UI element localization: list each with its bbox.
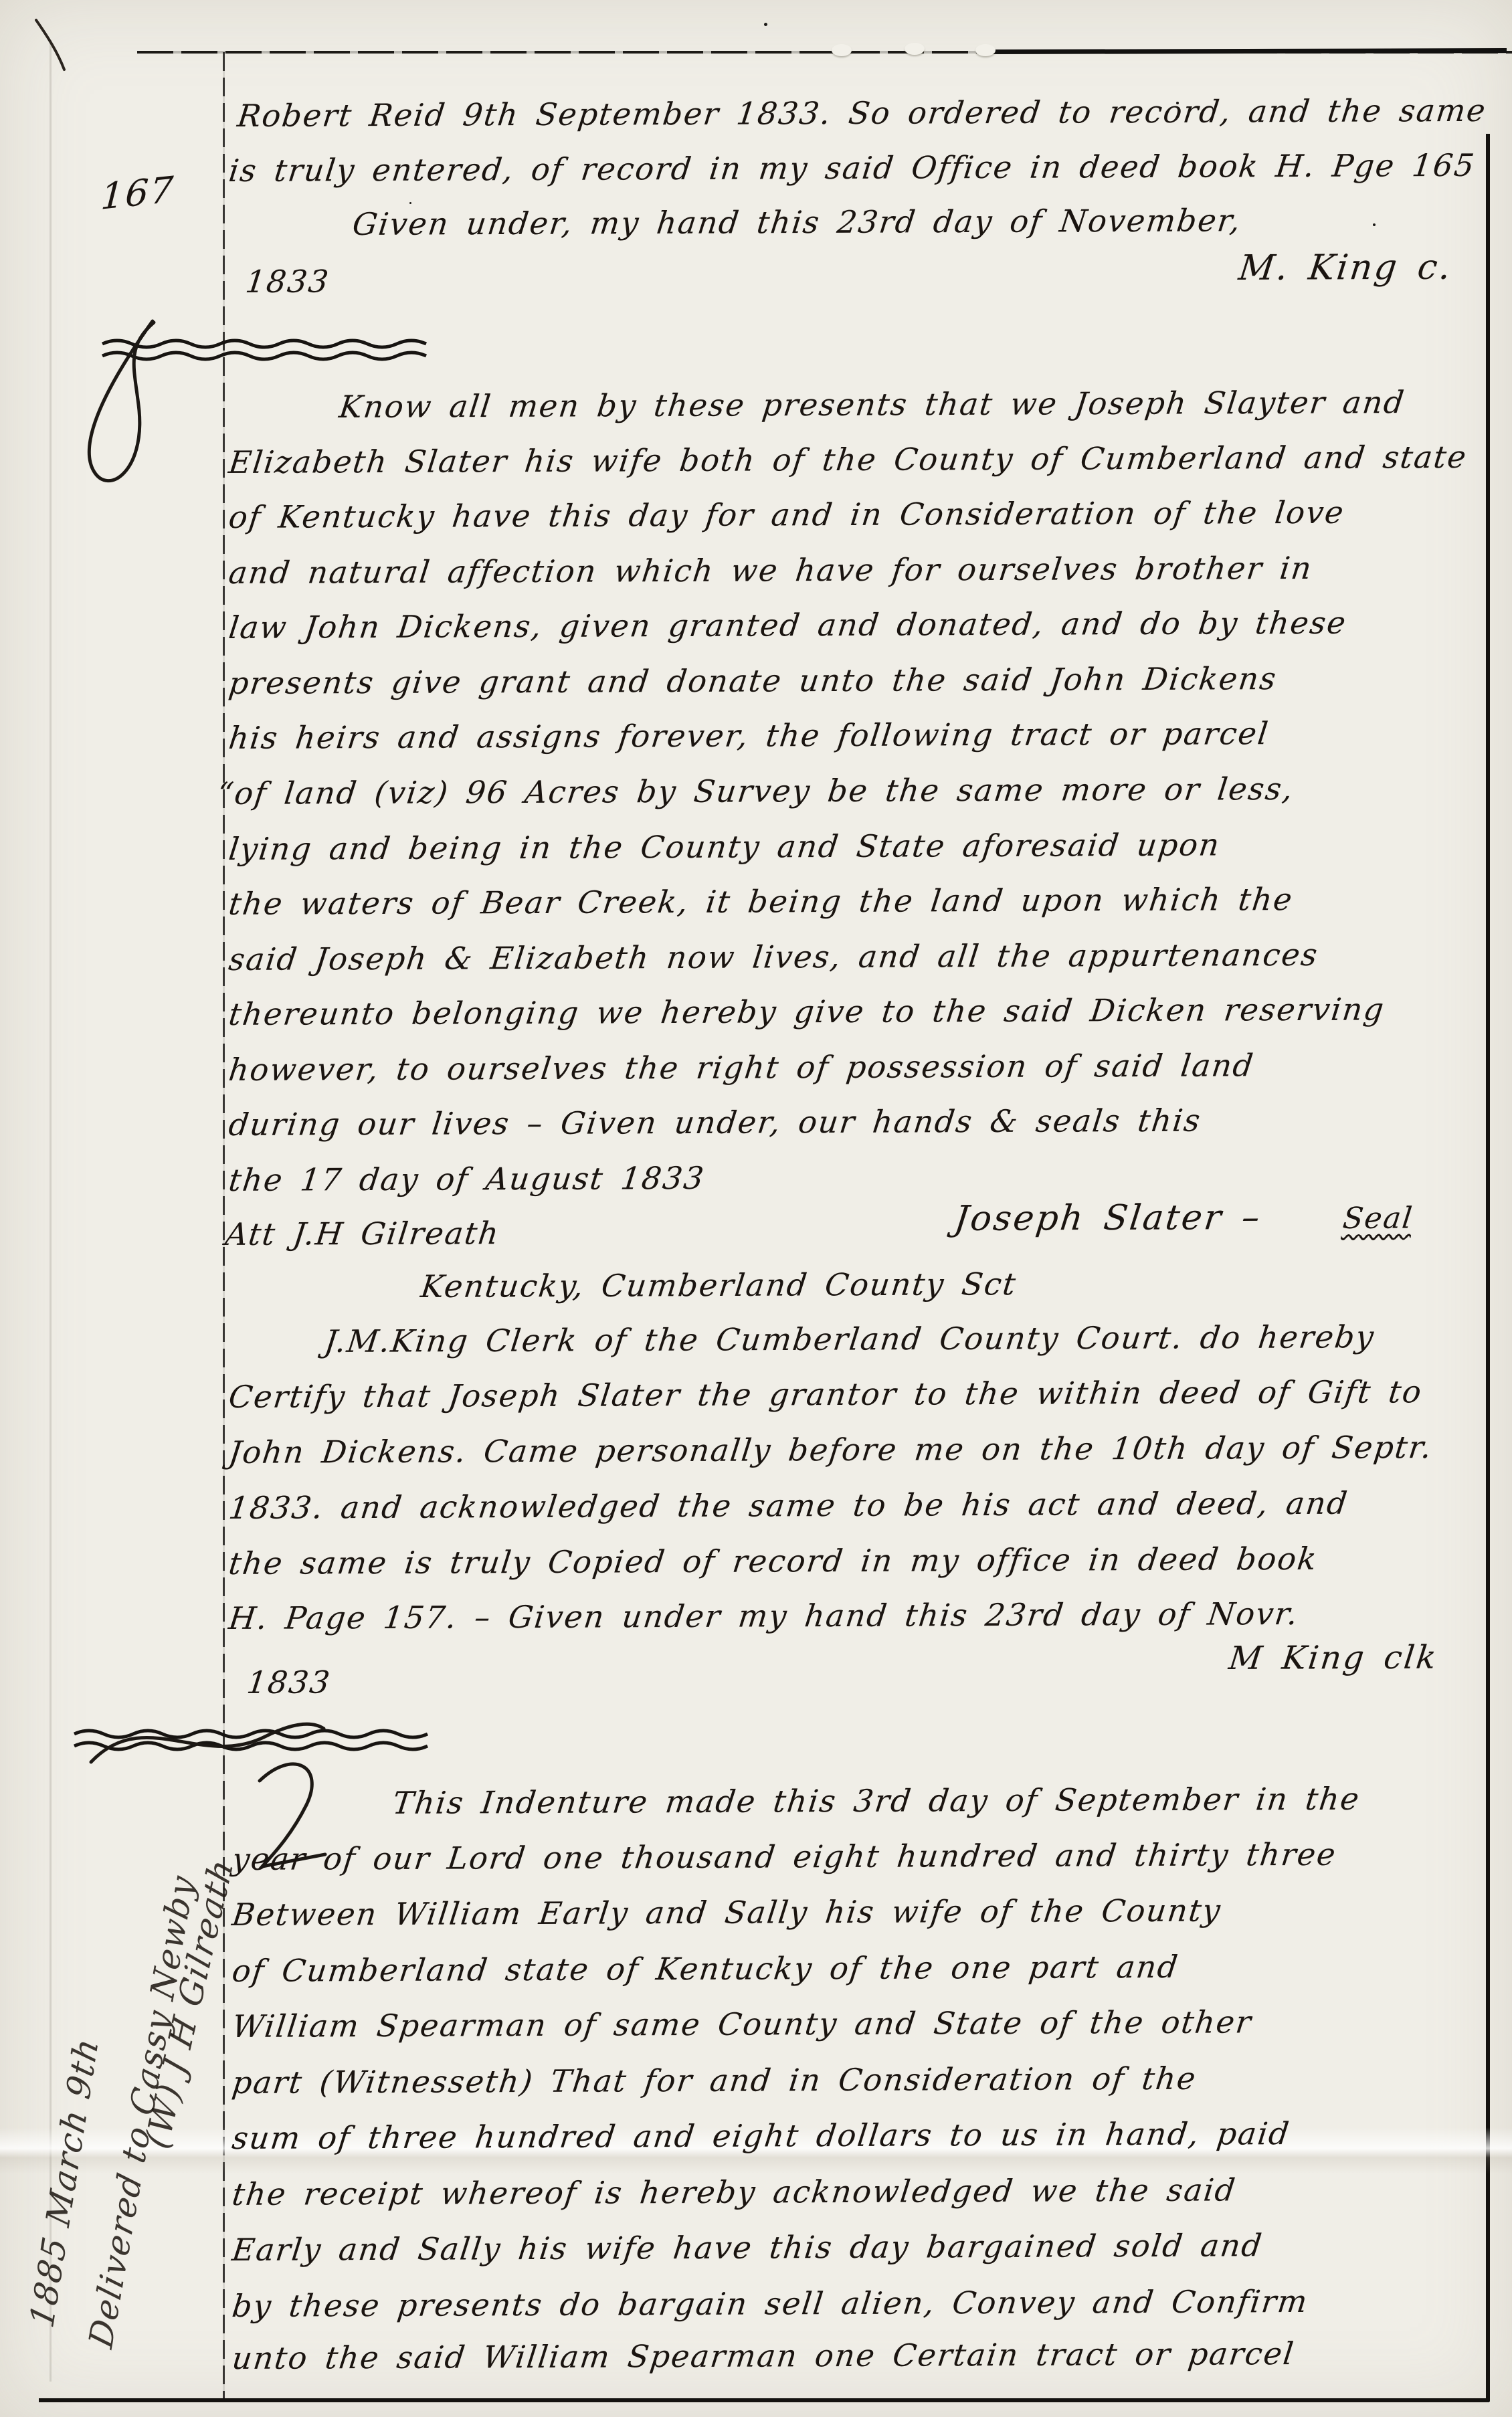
handwritten-line: Know all men by these presents that we J…: [338, 387, 1407, 422]
handwritten-line: however, to ourselves the right of posse…: [227, 1050, 1256, 1085]
handwritten-line: Robert Reid 9th September 1833. So order…: [236, 95, 1489, 131]
handwritten-line: the waters of Bear Creek, it being the l…: [227, 884, 1295, 919]
handwritten-line: the receipt whereof is hereby acknowledg…: [231, 2174, 1238, 2210]
handwritten-line: by these presents do bargain sell alien,…: [231, 2286, 1311, 2321]
ink-speck: [1373, 223, 1376, 226]
seal-mark: Seal: [1341, 1204, 1415, 1234]
paper-flaw: [905, 43, 925, 55]
corner-pen-mark: [28, 15, 88, 75]
handwritten-line: part (Witnesseth) That for and in Consid…: [231, 2063, 1199, 2098]
handwritten-line: Certify that Joseph Slater the grantor t…: [227, 1376, 1424, 1412]
right-border-line: [1486, 134, 1490, 2402]
handwritten-line: is truly entered, of record in my said O…: [227, 150, 1477, 186]
ink-speck: [409, 202, 411, 204]
handwritten-line: sum of three hundred and eight dollars t…: [231, 2118, 1292, 2153]
handwritten-line: J.M.King Clerk of the Cumberland County …: [323, 1321, 1377, 1357]
page-number: 167: [100, 172, 175, 215]
handwritten-line: William Spearman of same County and Stat…: [231, 2006, 1254, 2042]
handwritten-line: of Cumberland state of Kentucky of the o…: [231, 1951, 1181, 1986]
handwritten-line: Given under, my hand this 23rd day of No…: [351, 205, 1244, 239]
handwritten-line: H. Page 157. – Given under my hand this …: [227, 1598, 1301, 1634]
handwritten-line: 1833: [244, 266, 332, 297]
handwritten-line: John Dickens. Came personally before me …: [227, 1432, 1434, 1468]
attestation: Att J.H Gilreath: [224, 1218, 502, 1250]
handwritten-line: his heirs and assigns forever, the follo…: [227, 718, 1271, 753]
handwritten-line: and natural affection which we have for …: [227, 553, 1315, 588]
bottom-ruled-line: [39, 2398, 1489, 2402]
paper-flaw: [975, 44, 996, 56]
handwritten-line: during our lives – Given under, our hand…: [227, 1105, 1204, 1140]
handwritten-line: the 17 day of August 1833: [227, 1163, 706, 1195]
handwritten-line: “of land (viz) 96 Acres by Survey be the…: [216, 773, 1296, 809]
handwritten-line: unto the said William Spearman one Certa…: [231, 2338, 1297, 2374]
clerk-signature: M. King c.: [1237, 250, 1454, 286]
handwritten-line: thereunto belonging we hereby give to th…: [227, 993, 1387, 1030]
handwritten-line: of Kentucky have this day for and in Con…: [227, 497, 1347, 533]
scanned-deed-page: 167 Robert Reid 9th September 1833. So o…: [0, 0, 1512, 2417]
handwritten-line: Kentucky, Cumberland County Sct: [419, 1268, 1019, 1302]
clerk-signature: M King clk: [1227, 1642, 1440, 1674]
handwritten-line: Between William Early and Sally his wife…: [231, 1895, 1224, 1930]
handwritten-line: lying and being in the County and State …: [227, 830, 1222, 864]
handwritten-line: law John Dickens, given granted and dona…: [227, 607, 1349, 643]
paper-flaw: [832, 44, 852, 56]
handwritten-line: Elizabeth Slater his wife both of the Co…: [227, 442, 1469, 478]
handwritten-line: the same is truly Copied of record in my…: [227, 1543, 1319, 1579]
ink-speck: [764, 23, 767, 26]
paper-crease-vertical: [50, 40, 52, 2382]
grantor-signature: Joseph Slater –: [953, 1200, 1264, 1236]
handwritten-line: 1833. and acknowledged the same to be hi…: [227, 1488, 1350, 1523]
handwritten-line: Early and Sally his wife have this day b…: [231, 2230, 1265, 2265]
handwritten-line: said Joseph & Elizabeth now lives, and a…: [227, 939, 1321, 975]
handwritten-line: presents give grant and donate unto the …: [227, 663, 1279, 698]
handwritten-line: year of our Lord one thousand eight hund…: [231, 1839, 1339, 1874]
handwritten-line: This Indenture made this 3rd day of Sept…: [391, 1783, 1362, 1818]
